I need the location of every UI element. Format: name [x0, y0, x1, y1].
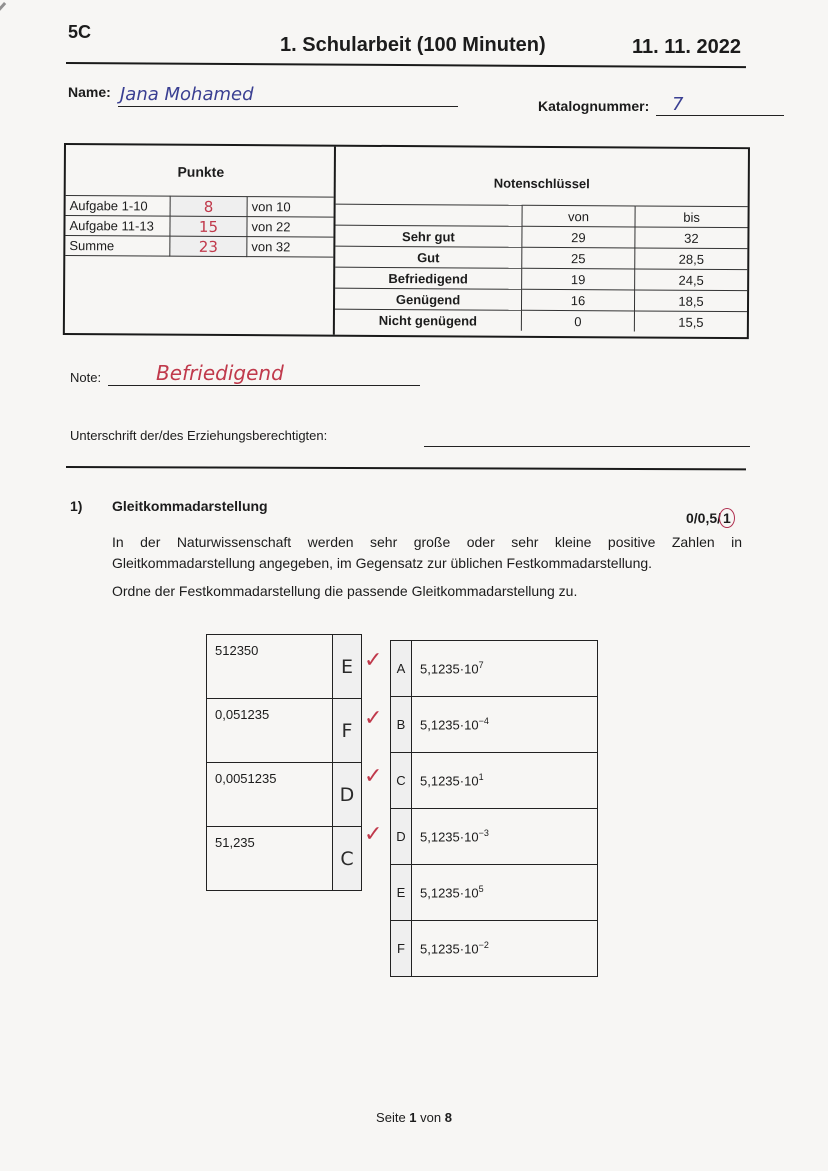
- fixed-point-row: 512350E: [207, 635, 362, 699]
- grading-key-row: Sehr gut2932: [335, 225, 747, 249]
- exponent: 7: [479, 660, 484, 670]
- floating-point-row: C5,1235·101: [391, 753, 598, 809]
- exponent: −4: [479, 716, 489, 726]
- task-points: 0/0,5/1: [686, 508, 735, 528]
- option-letter: E: [391, 865, 412, 921]
- points-row-label: Aufgabe 11-13: [65, 216, 170, 237]
- points-row-label: Summe: [65, 236, 170, 257]
- katalog-number-field: 7: [656, 94, 784, 116]
- floating-point-row: F5,1235·10−2: [391, 921, 598, 977]
- signature-label: Unterschrift der/des Erziehungsberechtig…: [70, 428, 327, 443]
- exponent: 5: [479, 884, 484, 894]
- exam-date: 11. 11. 2022: [632, 36, 741, 59]
- fixed-point-row: 0,051235F: [207, 699, 362, 763]
- grade-from: 0: [521, 310, 634, 331]
- class-label: 5C: [68, 22, 91, 43]
- mantissa: 5,1235·10: [420, 830, 479, 845]
- grading-key-header-from: von: [522, 205, 635, 227]
- points-row-score: 8: [170, 196, 247, 216]
- grade-field: Befriedigend: [108, 362, 420, 386]
- grading-key-row: Gut2528,5: [335, 246, 747, 270]
- option-letter: F: [391, 921, 412, 977]
- fixed-point-row: 51,235C: [207, 827, 362, 891]
- exponent: 1: [479, 772, 484, 782]
- grade-from: 16: [521, 289, 634, 311]
- awarded-points-circle: 1: [719, 508, 735, 528]
- student-name-field: Jana Mohamed: [118, 84, 458, 107]
- exponent: −3: [479, 828, 489, 838]
- fixed-point-value: 0,0051235: [207, 763, 333, 827]
- grade-from: 29: [522, 226, 635, 248]
- grade-from: 19: [522, 268, 635, 290]
- katalog-label: Katalognummer:: [538, 98, 649, 114]
- exponent: −2: [479, 940, 489, 950]
- points-table: Aufgabe 1-108von 10Aufgabe 11-1315von 22…: [65, 195, 333, 258]
- grade-to: 24,5: [635, 269, 748, 291]
- grade-name: Sehr gut: [335, 225, 522, 247]
- grade-to: 28,5: [635, 248, 748, 270]
- section-divider: [66, 466, 746, 470]
- option-letter: D: [391, 809, 412, 865]
- name-label: Name:: [68, 84, 111, 100]
- grading-key-section: Notenschlüssel von bis Sehr gut2932Gut25…: [335, 147, 748, 338]
- grading-key-title: Notenschlüssel: [336, 175, 748, 193]
- points-row-score: 23: [170, 236, 247, 256]
- mantissa: 5,1235·10: [420, 886, 479, 901]
- points-section: Punkte Aufgabe 1-108von 10Aufgabe 11-131…: [65, 145, 336, 335]
- grade-name: Genügend: [335, 288, 522, 310]
- pen-stroke-mark: [0, 2, 6, 20]
- grading-key-table: von bis Sehr gut2932Gut2528,5Befriedigen…: [335, 204, 748, 333]
- grading-key-header-to: bis: [635, 206, 748, 228]
- floating-point-row: E5,1235·105: [391, 865, 598, 921]
- grade-to: 15,5: [634, 311, 747, 332]
- floating-point-value: 5,1235·107: [412, 641, 598, 697]
- score-summary-table: Punkte Aufgabe 1-108von 10Aufgabe 11-131…: [63, 143, 750, 339]
- option-letter: C: [391, 753, 412, 809]
- grading-key-row: Nicht genügend015,5: [335, 309, 747, 332]
- total-pages: 8: [445, 1110, 452, 1125]
- option-letter: A: [391, 641, 412, 697]
- floating-point-row: B5,1235·10−4: [391, 697, 598, 753]
- signature-line: [424, 446, 750, 447]
- task-title: Gleitkommadarstellung: [112, 498, 268, 514]
- grade-from: 25: [522, 247, 635, 269]
- points-title: Punkte: [66, 163, 336, 181]
- points-row-max: von 10: [247, 197, 334, 218]
- floating-point-row: A5,1235·107: [391, 641, 598, 697]
- task-points-options: 0/0,5/: [686, 510, 721, 526]
- header-divider: [66, 62, 746, 68]
- points-row-label: Aufgabe 1-10: [66, 196, 171, 217]
- grading-key-row: Befriedigend1924,5: [335, 267, 747, 291]
- answer-letter-field: D: [333, 763, 362, 827]
- check-mark-icon: ✓: [364, 706, 382, 731]
- option-letter: B: [391, 697, 412, 753]
- fixed-point-value: 512350: [207, 635, 333, 699]
- grading-key-header-empty: [336, 204, 523, 226]
- task-instruction: Ordne der Festkommadarstellung die passe…: [112, 583, 577, 599]
- page-middle: von: [417, 1110, 445, 1125]
- grade-name: Nicht genügend: [335, 309, 522, 331]
- points-row: Summe23von 32: [65, 236, 333, 258]
- check-mark-icon: ✓: [364, 764, 382, 789]
- floating-point-value: 5,1235·101: [412, 753, 598, 809]
- grade-to: 18,5: [634, 290, 747, 312]
- answer-letter-field: C: [333, 827, 362, 891]
- current-page: 1: [409, 1110, 416, 1125]
- fixed-point-value: 0,051235: [207, 699, 333, 763]
- note-label: Note:: [70, 370, 101, 385]
- fixed-point-table: 512350E0,051235F0,0051235D51,235C: [206, 634, 362, 891]
- floating-point-value: 5,1235·105: [412, 865, 598, 921]
- points-row: Aufgabe 1-108von 10: [66, 196, 334, 218]
- floating-point-row: D5,1235·10−3: [391, 809, 598, 865]
- grading-key-header-row: von bis: [336, 204, 748, 228]
- check-mark-icon: ✓: [364, 822, 382, 847]
- exam-page: 5C 1. Schularbeit (100 Minuten) 11. 11. …: [0, 0, 828, 1171]
- floating-point-value: 5,1235·10−4: [412, 697, 598, 753]
- mantissa: 5,1235·10: [420, 942, 479, 957]
- grade-to: 32: [635, 227, 748, 249]
- points-row-max: von 22: [247, 217, 334, 238]
- fixed-point-value: 51,235: [207, 827, 333, 891]
- points-row: Aufgabe 11-1315von 22: [65, 216, 333, 238]
- grading-key-row: Genügend1618,5: [335, 288, 747, 312]
- mantissa: 5,1235·10: [420, 718, 479, 733]
- fixed-point-row: 0,0051235D: [207, 763, 362, 827]
- page-number: Seite 1 von 8: [0, 1110, 828, 1125]
- check-mark-icon: ✓: [364, 648, 382, 673]
- mantissa: 5,1235·10: [420, 662, 479, 677]
- task-number: 1): [70, 498, 82, 514]
- page-prefix: Seite: [376, 1110, 409, 1125]
- grade-name: Befriedigend: [335, 267, 522, 289]
- points-row-score: 15: [170, 216, 247, 236]
- task-description: In der Naturwissenschaft werden sehr gro…: [112, 532, 742, 574]
- floating-point-value: 5,1235·10−2: [412, 921, 598, 977]
- answer-letter-field: E: [333, 635, 362, 699]
- exam-title: 1. Schularbeit (100 Minuten): [280, 34, 546, 57]
- points-row-max: von 32: [247, 237, 334, 258]
- grade-name: Gut: [335, 246, 522, 268]
- answer-letter-field: F: [333, 699, 362, 763]
- mantissa: 5,1235·10: [420, 774, 479, 789]
- floating-point-table: A5,1235·107B5,1235·10−4C5,1235·101D5,123…: [390, 640, 598, 977]
- floating-point-value: 5,1235·10−3: [412, 809, 598, 865]
